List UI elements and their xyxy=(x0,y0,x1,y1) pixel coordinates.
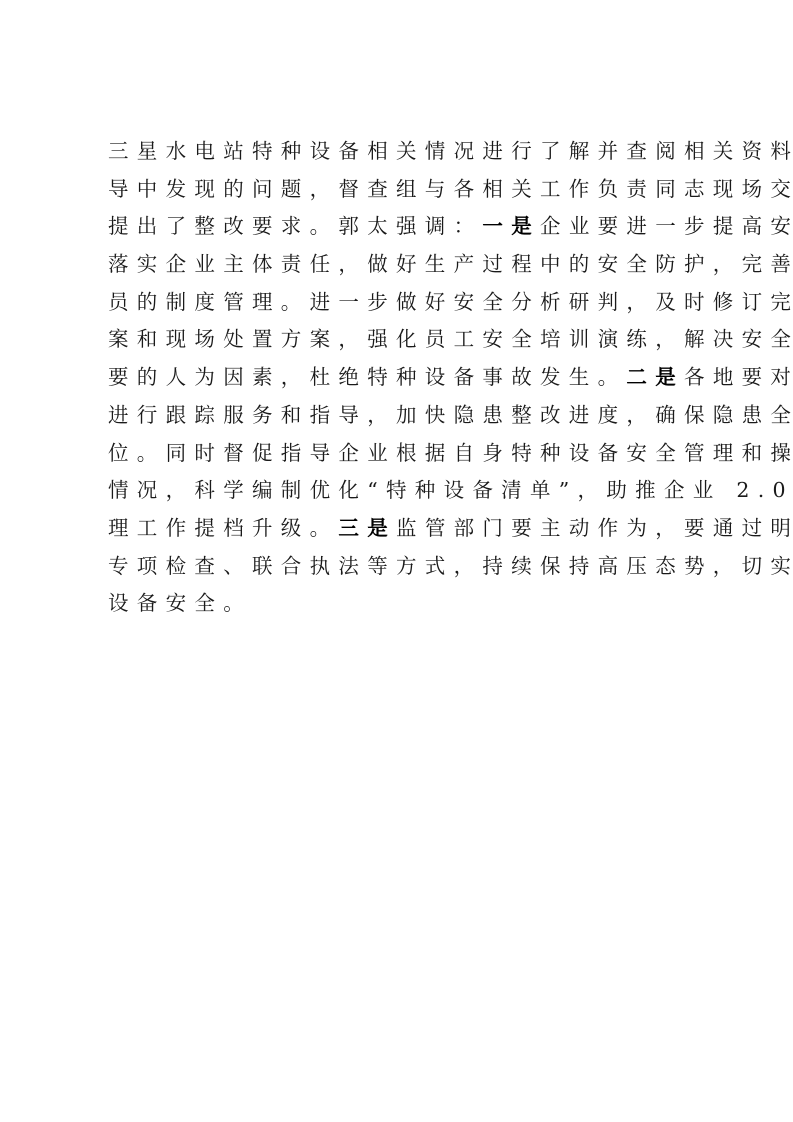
text-line: 案和现场处置方案，强化员工安全培训演练，解决安全事故最主 xyxy=(108,321,698,359)
text-segment: 设备安全。 xyxy=(108,591,252,615)
text-segment: 情况，科学编制优化“特种设备清单”，助推企业 2.0 清单制管 xyxy=(108,478,793,502)
text-line: 要的人为因素，杜绝特种设备事故发生。二是各地要对企业整改 xyxy=(108,359,698,397)
body-paragraph: 三星水电站特种设备相关情况进行了解并查阅相关资料。针对督导中发现的问题，督查组与… xyxy=(108,133,698,623)
document-page: 三星水电站特种设备相关情况进行了解并查阅相关资料。针对督导中发现的问题，督查组与… xyxy=(108,133,698,623)
text-segment: 落实企业主体责任，做好生产过程中的安全防护，完善设备和人 xyxy=(108,252,793,276)
text-segment: 案和现场处置方案，强化员工安全培训演练，解决安全事故最主 xyxy=(108,327,793,351)
text-segment: 监管部门要主动作为，要通过明察暗访、 xyxy=(396,516,793,540)
text-segment: 企业要进一步提高安全意识， xyxy=(540,214,793,238)
text-line: 三星水电站特种设备相关情况进行了解并查阅相关资料。针对督 xyxy=(108,133,698,171)
text-line: 进行跟踪服务和指导，加快隐患整改进度，确保隐患全面整改到 xyxy=(108,397,698,435)
text-line: 员的制度管理。进一步做好安全分析研判，及时修订完善应急预 xyxy=(108,284,698,322)
emphasis-label: 一是 xyxy=(482,214,540,238)
text-line: 专项检查、联合执法等方式，持续保持高压态势，切实保障特种 xyxy=(108,548,698,586)
text-segment: 进行跟踪服务和指导，加快隐患整改进度，确保隐患全面整改到 xyxy=(108,403,793,427)
emphasis-label: 二是 xyxy=(626,365,684,389)
text-segment: 专项检查、联合执法等方式，持续保持高压态势，切实保障特种 xyxy=(108,554,793,578)
emphasis-label: 三是 xyxy=(338,516,396,540)
text-segment: 位。同时督促指导企业根据自身特种设备安全管理和操作等实际 xyxy=(108,441,793,465)
text-line: 提出了整改要求。郭太强调：一是企业要进一步提高安全意识， xyxy=(108,208,698,246)
text-segment: 各地要对企业整改 xyxy=(684,365,793,389)
text-segment: 要的人为因素，杜绝特种设备事故发生。 xyxy=(108,365,626,389)
text-line: 设备安全。 xyxy=(108,585,698,623)
text-segment: 提出了整改要求。郭太强调： xyxy=(108,214,482,238)
text-segment: 三星水电站特种设备相关情况进行了解并查阅相关资料。针对督 xyxy=(108,139,793,163)
text-line: 情况，科学编制优化“特种设备清单”，助推企业 2.0 清单制管 xyxy=(108,472,698,510)
text-line: 落实企业主体责任，做好生产过程中的安全防护，完善设备和人 xyxy=(108,246,698,284)
text-line: 理工作提档升级。三是监管部门要主动作为，要通过明察暗访、 xyxy=(108,510,698,548)
text-line: 导中发现的问题，督查组与各相关工作负责同志现场交换了意见， xyxy=(108,171,698,209)
text-segment: 员的制度管理。进一步做好安全分析研判，及时修订完善应急预 xyxy=(108,290,793,314)
text-segment: 导中发现的问题，督查组与各相关工作负责同志现场交换了意见， xyxy=(108,177,793,201)
text-line: 位。同时督促指导企业根据自身特种设备安全管理和操作等实际 xyxy=(108,435,698,473)
text-segment: 理工作提档升级。 xyxy=(108,516,338,540)
